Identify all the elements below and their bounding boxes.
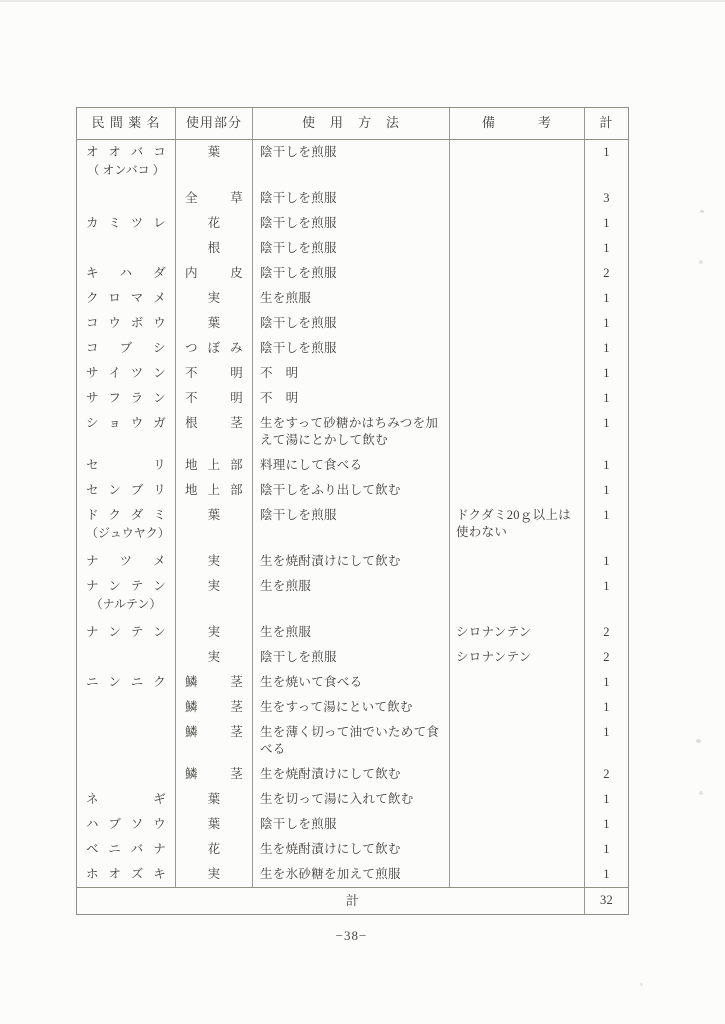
cell-medicine-name	[77, 236, 175, 261]
cell-count: 2	[584, 261, 628, 286]
cell-medicine-name: ニ ン ニ ク	[77, 670, 175, 695]
cell-usage-method: 生をすって砂糖かはちみつを加えて湯にとかして飲む	[252, 411, 449, 453]
cell-used-part: 花	[175, 211, 252, 236]
cell-used-part: 鱗 茎	[175, 695, 252, 720]
cell-remarks	[449, 386, 584, 411]
table-row: 全 草 陰干しを煎服 3	[77, 186, 628, 211]
cell-remarks: ドクダミ20ｇ以上は使わない	[449, 503, 584, 549]
cell-medicine-name: サ フ ラ ン	[77, 386, 175, 411]
scan-top-edge	[0, 0, 725, 2]
medicine-name: サ フ ラ ン	[86, 390, 166, 407]
table-row: ド ク ダ ミ （ジュウヤク） 葉 陰干しを煎服 ドクダミ20ｇ以上は使わない …	[77, 503, 628, 549]
medicine-name: ホ オ ズ キ	[86, 866, 166, 883]
scan-speck	[699, 260, 703, 264]
cell-count: 1	[584, 211, 628, 236]
cell-remarks	[449, 862, 584, 887]
cell-remarks	[449, 837, 584, 862]
table-row: 鱗 茎 生をすって湯にといて飲む 1	[77, 695, 628, 720]
cell-used-part: 地 上 部	[175, 478, 252, 503]
medicine-name: ナ ン テ ン	[86, 624, 166, 641]
table-row: シ ョ ウ ガ 根 茎 生をすって砂糖かはちみつを加えて湯にとかして飲む 1	[77, 411, 628, 453]
cell-remarks	[449, 336, 584, 361]
cell-usage-method: 生を焼酎漬けにして飲む	[252, 837, 449, 862]
cell-remarks: シロナンテン	[449, 645, 584, 670]
cell-used-part: 鱗 茎	[175, 670, 252, 695]
cell-count: 1	[584, 386, 628, 411]
cell-used-part: 不 明	[175, 361, 252, 386]
cell-medicine-name: ク ロ マ メ	[77, 286, 175, 311]
cell-usage-method: 陰干しを煎服	[252, 261, 449, 286]
medicine-name: コ ウ ボ ウ	[86, 315, 166, 332]
cell-used-part: 花	[175, 837, 252, 862]
medicine-name: セ リ	[86, 457, 166, 474]
medicine-alias: （ナルテン）	[86, 596, 166, 613]
table-row: セ ン ブ リ 地 上 部 陰干しをふり出して飲む 1	[77, 478, 628, 503]
cell-count: 1	[584, 503, 628, 549]
header-usage-method: 使 用 方 法	[252, 108, 449, 139]
scan-speck	[699, 791, 703, 795]
cell-remarks	[449, 720, 584, 762]
page-number: −38−	[76, 928, 627, 944]
medicine-name: キ ハ ダ	[86, 265, 166, 282]
cell-usage-method: 陰干しを煎服	[252, 336, 449, 361]
cell-medicine-name: ホ オ ズ キ	[77, 862, 175, 887]
cell-usage-method: 陰干しを煎服	[252, 140, 449, 186]
table-row: ナ ン テ ン 実 生を煎服 シロナンテン 2	[77, 620, 628, 645]
cell-count: 1	[584, 411, 628, 453]
cell-usage-method: 陰干しを煎服	[252, 211, 449, 236]
cell-medicine-name: ナ ン テ ン （ナルテン）	[77, 574, 175, 620]
cell-remarks	[449, 549, 584, 574]
cell-medicine-name: キ ハ ダ	[77, 261, 175, 286]
table-row: サ イ ツ ン 不 明 不 明 1	[77, 361, 628, 386]
cell-used-part: 実	[175, 574, 252, 620]
table-row: 鱗 茎 生を薄く切って油でいためて食べる 1	[77, 720, 628, 762]
cell-count: 1	[584, 549, 628, 574]
cell-used-part: 葉	[175, 140, 252, 186]
cell-medicine-name: セ ン ブ リ	[77, 478, 175, 503]
cell-usage-method: 不 明	[252, 361, 449, 386]
cell-remarks	[449, 211, 584, 236]
table-body: オ オ バ コ （ オンバコ ） 葉 陰干しを煎服 1 全 草 陰干しを煎服 3…	[77, 140, 628, 887]
document-page: 民 間 薬 名 使用部分 使 用 方 法 備 考 計 オ オ バ コ （ オンバ…	[0, 0, 725, 1024]
cell-usage-method: 料理にして食べる	[252, 453, 449, 478]
cell-medicine-name: サ イ ツ ン	[77, 361, 175, 386]
scan-speck	[640, 983, 643, 986]
cell-medicine-name: コ ブ シ	[77, 336, 175, 361]
cell-used-part: 不 明	[175, 386, 252, 411]
cell-usage-method: 生を煎服	[252, 574, 449, 620]
cell-used-part: つ ぼ み	[175, 336, 252, 361]
cell-remarks	[449, 574, 584, 620]
cell-count: 1	[584, 670, 628, 695]
cell-count: 2	[584, 762, 628, 787]
cell-remarks	[449, 453, 584, 478]
cell-used-part: 葉	[175, 787, 252, 812]
cell-usage-method: 陰干しをふり出して飲む	[252, 478, 449, 503]
table-row: ナ ツ メ 実 生を焼酎漬けにして飲む 1	[77, 549, 628, 574]
scan-speck	[700, 210, 704, 213]
cell-medicine-name: オ オ バ コ （ オンバコ ）	[77, 140, 175, 186]
cell-remarks	[449, 236, 584, 261]
cell-used-part: 根 茎	[175, 411, 252, 453]
cell-count: 1	[584, 574, 628, 620]
cell-medicine-name	[77, 645, 175, 670]
medicine-name: カ ミ ツ レ	[86, 215, 166, 232]
table-row: ク ロ マ メ 実 生を煎服 1	[77, 286, 628, 311]
cell-remarks	[449, 695, 584, 720]
medicine-name: コ ブ シ	[86, 340, 166, 357]
cell-count: 1	[584, 695, 628, 720]
cell-used-part: 葉	[175, 311, 252, 336]
cell-remarks	[449, 411, 584, 453]
table-row: 鱗 茎 生を焼酎漬けにして飲む 2	[77, 762, 628, 787]
medicine-name: サ イ ツ ン	[86, 365, 166, 382]
cell-medicine-name: カ ミ ツ レ	[77, 211, 175, 236]
medicine-name: ニ ン ニ ク	[86, 674, 166, 691]
cell-count: 1	[584, 478, 628, 503]
cell-usage-method: 生を焼酎漬けにして飲む	[252, 762, 449, 787]
header-remarks: 備 考	[449, 108, 584, 139]
cell-medicine-name	[77, 762, 175, 787]
cell-usage-method: 生を煎服	[252, 620, 449, 645]
cell-usage-method: 生をすって湯にといて飲む	[252, 695, 449, 720]
table-row: 根 陰干しを煎服 1	[77, 236, 628, 261]
table-row: ホ オ ズ キ 実 生を氷砂糖を加えて煎服 1	[77, 862, 628, 887]
cell-remarks	[449, 140, 584, 186]
cell-usage-method: 生を氷砂糖を加えて煎服	[252, 862, 449, 887]
cell-remarks: シロナンテン	[449, 620, 584, 645]
medicine-name: ハ ブ ソ ウ	[86, 816, 166, 833]
cell-used-part: 実	[175, 549, 252, 574]
cell-count: 1	[584, 140, 628, 186]
table-row: 実 陰干しを煎服 シロナンテン 2	[77, 645, 628, 670]
cell-used-part: 地 上 部	[175, 453, 252, 478]
header-used-part: 使用部分	[175, 108, 252, 139]
footer-total-label: 計	[77, 888, 584, 914]
cell-medicine-name: ネ ギ	[77, 787, 175, 812]
medicine-name: ネ ギ	[86, 791, 166, 808]
table-row: コ ウ ボ ウ 葉 陰干しを煎服 1	[77, 311, 628, 336]
cell-used-part: 葉	[175, 503, 252, 549]
cell-count: 2	[584, 620, 628, 645]
header-count: 計	[584, 108, 628, 139]
cell-count: 1	[584, 361, 628, 386]
medicine-name: ナ ツ メ	[86, 553, 166, 570]
table-footer-row: 計 32	[77, 887, 628, 914]
cell-used-part: 鱗 茎	[175, 762, 252, 787]
cell-remarks	[449, 286, 584, 311]
medicine-name: オ オ バ コ	[86, 144, 166, 161]
cell-remarks	[449, 812, 584, 837]
cell-medicine-name	[77, 695, 175, 720]
cell-count: 1	[584, 720, 628, 762]
medicine-alias: （ジュウヤク）	[86, 525, 166, 542]
cell-medicine-name: コ ウ ボ ウ	[77, 311, 175, 336]
cell-remarks	[449, 361, 584, 386]
medicine-name: シ ョ ウ ガ	[86, 415, 166, 432]
cell-usage-method: 陰干しを煎服	[252, 812, 449, 837]
table-row: ネ ギ 葉 生を切って湯に入れて飲む 1	[77, 787, 628, 812]
table-row: オ オ バ コ （ オンバコ ） 葉 陰干しを煎服 1	[77, 140, 628, 186]
cell-usage-method: 陰干しを煎服	[252, 186, 449, 211]
header-medicine-name: 民 間 薬 名	[77, 108, 175, 139]
cell-medicine-name: ナ ン テ ン	[77, 620, 175, 645]
medicine-alias: （ オンバコ ）	[86, 162, 166, 179]
cell-usage-method: 不 明	[252, 386, 449, 411]
cell-used-part: 根	[175, 236, 252, 261]
cell-count: 1	[584, 787, 628, 812]
cell-remarks	[449, 787, 584, 812]
cell-usage-method: 生を焼いて食べる	[252, 670, 449, 695]
cell-count: 1	[584, 837, 628, 862]
cell-count: 2	[584, 645, 628, 670]
medicine-name: ド ク ダ ミ	[86, 507, 166, 524]
cell-usage-method: 生を煎服	[252, 286, 449, 311]
cell-medicine-name: ハ ブ ソ ウ	[77, 812, 175, 837]
cell-remarks	[449, 478, 584, 503]
scan-speck	[696, 739, 701, 743]
cell-used-part: 全 草	[175, 186, 252, 211]
table-row: キ ハ ダ 内 皮 陰干しを煎服 2	[77, 261, 628, 286]
cell-remarks	[449, 670, 584, 695]
table-row: ベ ニ バ ナ 花 生を焼酎漬けにして飲む 1	[77, 837, 628, 862]
cell-medicine-name	[77, 720, 175, 762]
cell-medicine-name: シ ョ ウ ガ	[77, 411, 175, 453]
footer-total-value: 32	[584, 888, 628, 914]
cell-usage-method: 陰干しを煎服	[252, 236, 449, 261]
table-row: ニ ン ニ ク 鱗 茎 生を焼いて食べる 1	[77, 670, 628, 695]
cell-used-part: 実	[175, 645, 252, 670]
cell-medicine-name: ド ク ダ ミ （ジュウヤク）	[77, 503, 175, 549]
cell-count: 1	[584, 453, 628, 478]
cell-usage-method: 陰干しを煎服	[252, 645, 449, 670]
table-row: サ フ ラ ン 不 明 不 明 1	[77, 386, 628, 411]
table-row: ナ ン テ ン （ナルテン） 実 生を煎服 1	[77, 574, 628, 620]
cell-usage-method: 陰干しを煎服	[252, 503, 449, 549]
medicine-name: ク ロ マ メ	[86, 290, 166, 307]
cell-count: 1	[584, 862, 628, 887]
table-row: カ ミ ツ レ 花 陰干しを煎服 1	[77, 211, 628, 236]
cell-count: 1	[584, 311, 628, 336]
medicine-name: ベ ニ バ ナ	[86, 841, 166, 858]
cell-usage-method: 生を薄く切って油でいためて食べる	[252, 720, 449, 762]
cell-used-part: 実	[175, 286, 252, 311]
cell-used-part: 実	[175, 862, 252, 887]
table-row: ハ ブ ソ ウ 葉 陰干しを煎服 1	[77, 812, 628, 837]
cell-used-part: 内 皮	[175, 261, 252, 286]
cell-medicine-name: ベ ニ バ ナ	[77, 837, 175, 862]
cell-medicine-name	[77, 186, 175, 211]
medicine-name: セ ン ブ リ	[86, 482, 166, 499]
cell-usage-method: 生を焼酎漬けにして飲む	[252, 549, 449, 574]
cell-count: 1	[584, 236, 628, 261]
cell-count: 1	[584, 812, 628, 837]
cell-remarks	[449, 311, 584, 336]
folk-medicine-table: 民 間 薬 名 使用部分 使 用 方 法 備 考 計 オ オ バ コ （ オンバ…	[76, 107, 629, 915]
cell-medicine-name: セ リ	[77, 453, 175, 478]
cell-used-part: 鱗 茎	[175, 720, 252, 762]
cell-usage-method: 陰干しを煎服	[252, 311, 449, 336]
medicine-name: ナ ン テ ン	[86, 578, 166, 595]
cell-count: 1	[584, 336, 628, 361]
table-header-row: 民 間 薬 名 使用部分 使 用 方 法 備 考 計	[77, 108, 628, 140]
table-row: セ リ 地 上 部 料理にして食べる 1	[77, 453, 628, 478]
cell-count: 3	[584, 186, 628, 211]
cell-used-part: 実	[175, 620, 252, 645]
cell-used-part: 葉	[175, 812, 252, 837]
cell-count: 1	[584, 286, 628, 311]
cell-remarks	[449, 186, 584, 211]
cell-remarks	[449, 261, 584, 286]
table-row: コ ブ シ つ ぼ み 陰干しを煎服 1	[77, 336, 628, 361]
cell-remarks	[449, 762, 584, 787]
cell-usage-method: 生を切って湯に入れて飲む	[252, 787, 449, 812]
cell-medicine-name: ナ ツ メ	[77, 549, 175, 574]
